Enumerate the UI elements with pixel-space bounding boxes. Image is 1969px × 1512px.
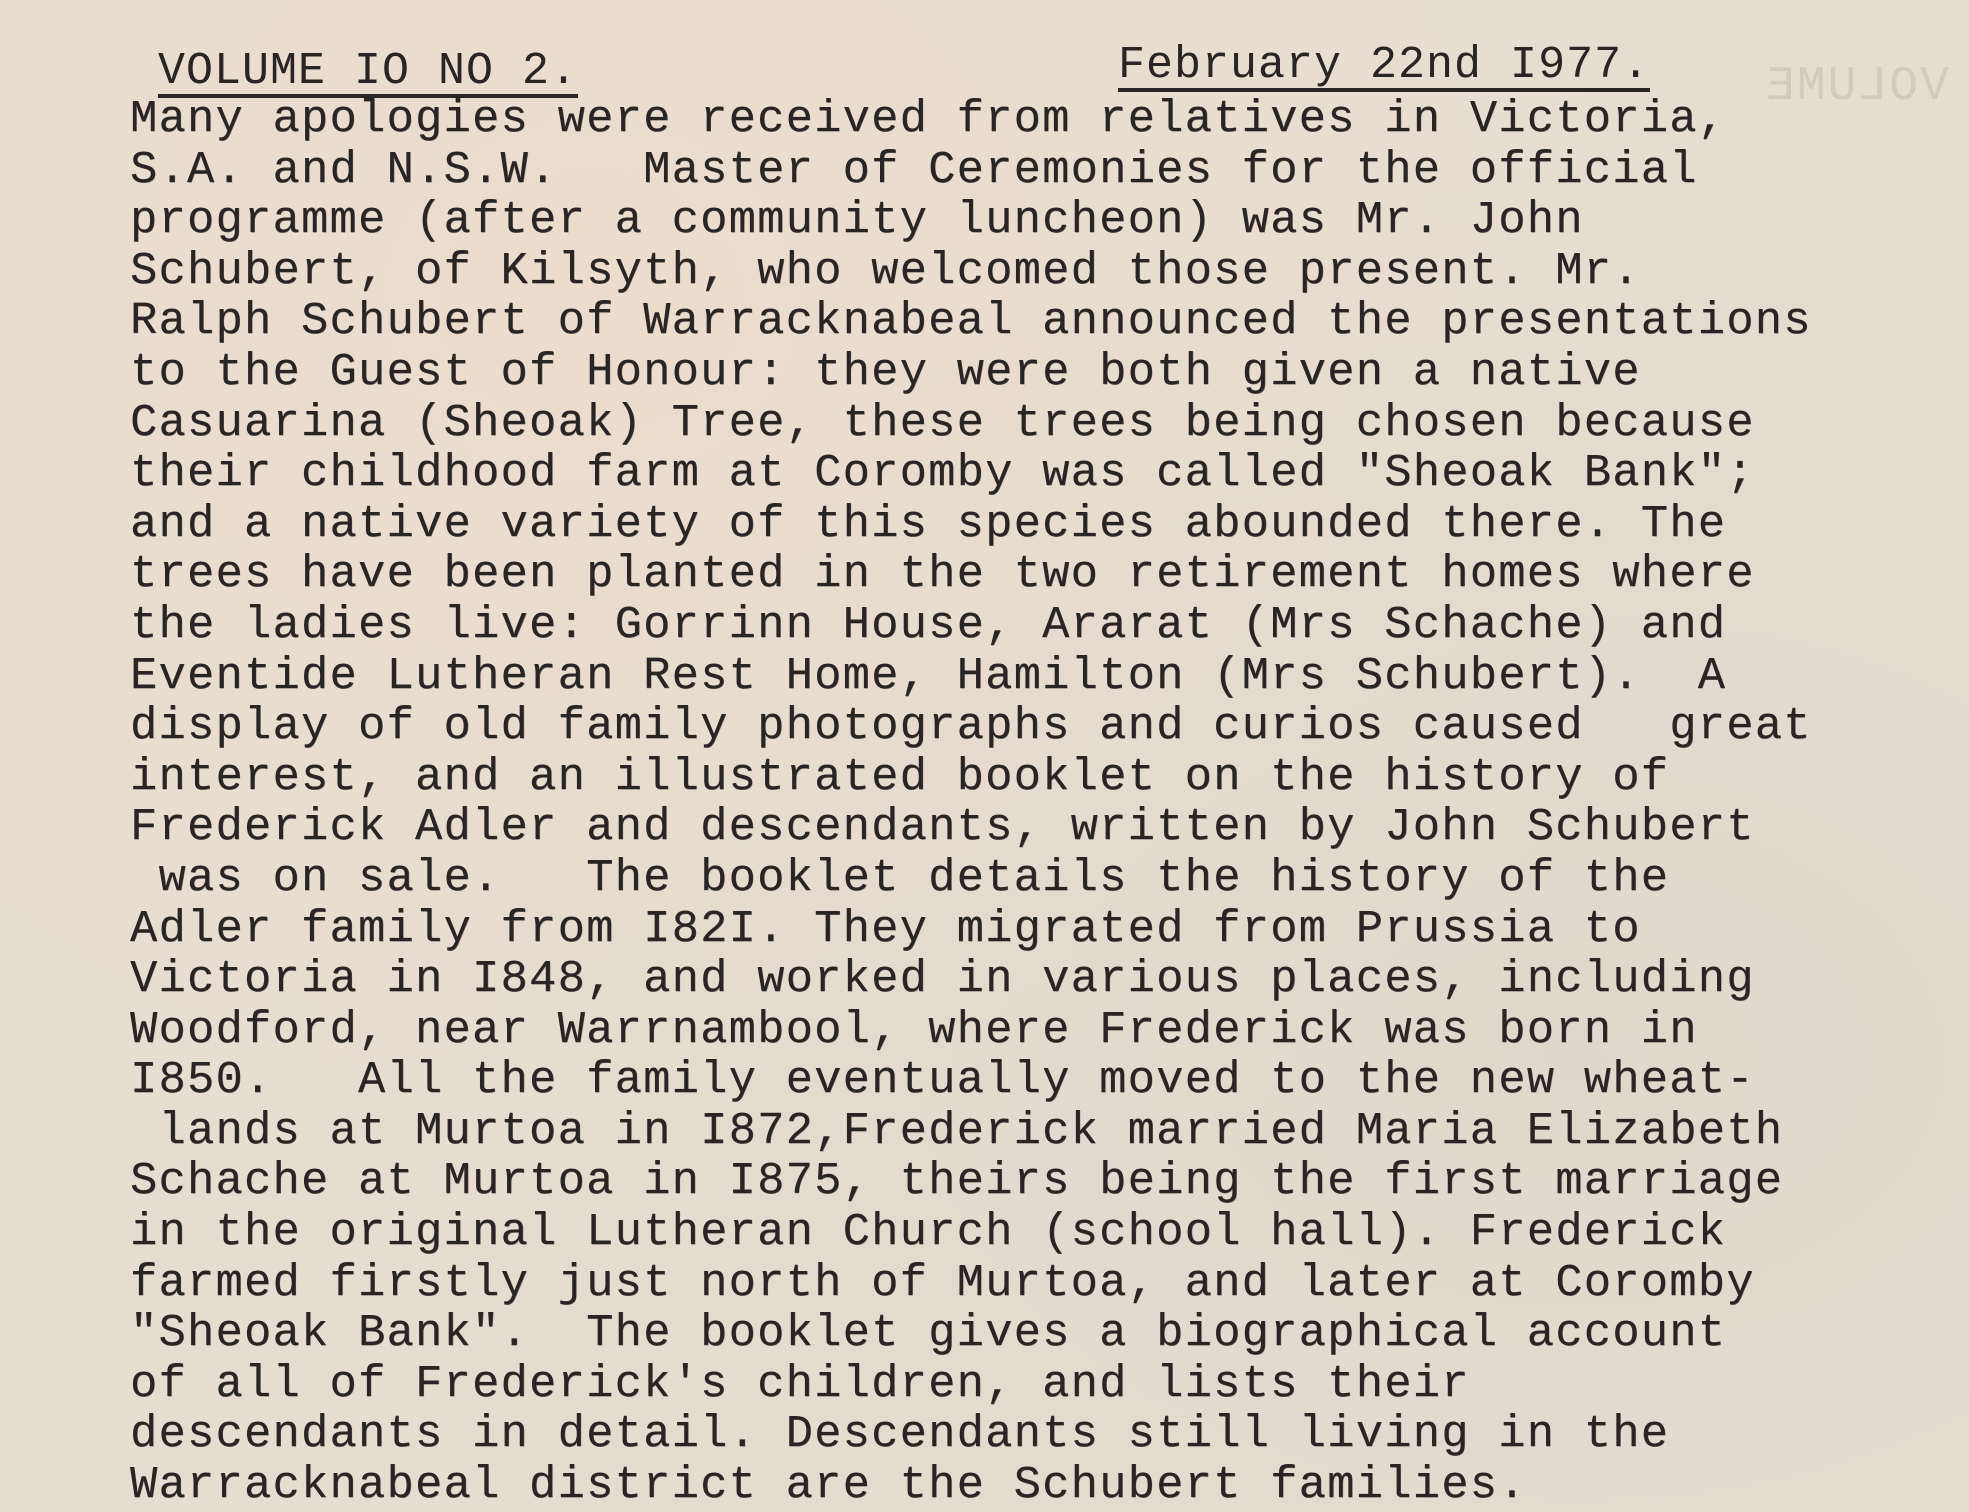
- issue-date: February 22nd I977.: [1118, 44, 1650, 92]
- text-line: Woodford, near Warrnambool, where Freder…: [130, 1005, 1960, 1056]
- text-line: Victoria in I848, and worked in various …: [130, 954, 1960, 1005]
- text-line: Ralph Schubert of Warracknabeal announce…: [130, 296, 1960, 347]
- text-line: farmed firstly just north of Murtoa, and…: [130, 1258, 1960, 1309]
- text-line: programme (after a community luncheon) w…: [130, 195, 1960, 246]
- text-line: Schache at Murtoa in I875, theirs being …: [130, 1156, 1960, 1207]
- text-line: Adler family from I82I. They migrated fr…: [130, 904, 1960, 955]
- volume-number: VOLUME IO NO 2.: [158, 50, 578, 98]
- article-body: Many apologies were received from relati…: [130, 94, 1960, 1511]
- text-line: "Sheoak Bank". The booklet gives a biogr…: [130, 1308, 1960, 1359]
- text-line: Casuarina (Sheoak) Tree, these trees bei…: [130, 398, 1960, 449]
- text-line: Warracknabeal district are the Schubert …: [130, 1460, 1960, 1511]
- text-line: Eventide Lutheran Rest Home, Hamilton (M…: [130, 651, 1960, 702]
- text-line: display of old family photographs and cu…: [130, 701, 1960, 752]
- text-line: Frederick Adler and descendants, written…: [130, 802, 1960, 853]
- text-line: Schubert, of Kilsyth, who welcomed those…: [130, 246, 1960, 297]
- text-line: Many apologies were received from relati…: [130, 94, 1960, 145]
- text-line: interest, and an illustrated booklet on …: [130, 752, 1960, 803]
- text-line: I850. All the family eventually moved to…: [130, 1055, 1960, 1106]
- text-line: the ladies live: Gorrinn House, Ararat (…: [130, 600, 1960, 651]
- text-line: in the original Lutheran Church (school …: [130, 1207, 1960, 1258]
- text-line: trees have been planted in the two retir…: [130, 549, 1960, 600]
- text-line: to the Guest of Honour: they were both g…: [130, 347, 1960, 398]
- text-line: was on sale. The booklet details the his…: [130, 853, 1960, 904]
- text-line: lands at Murtoa in I872,Frederick marrie…: [130, 1106, 1960, 1157]
- text-line: of all of Frederick's children, and list…: [130, 1359, 1960, 1410]
- text-line: their childhood farm at Coromby was call…: [130, 448, 1960, 499]
- text-line: S.A. and N.S.W. Master of Ceremonies for…: [130, 145, 1960, 196]
- newsletter-header: VOLUME IO NO 2. February 22nd I977.: [0, 44, 1969, 100]
- text-line: and a native variety of this species abo…: [130, 499, 1960, 550]
- text-line: descendants in detail. Descendants still…: [130, 1409, 1960, 1460]
